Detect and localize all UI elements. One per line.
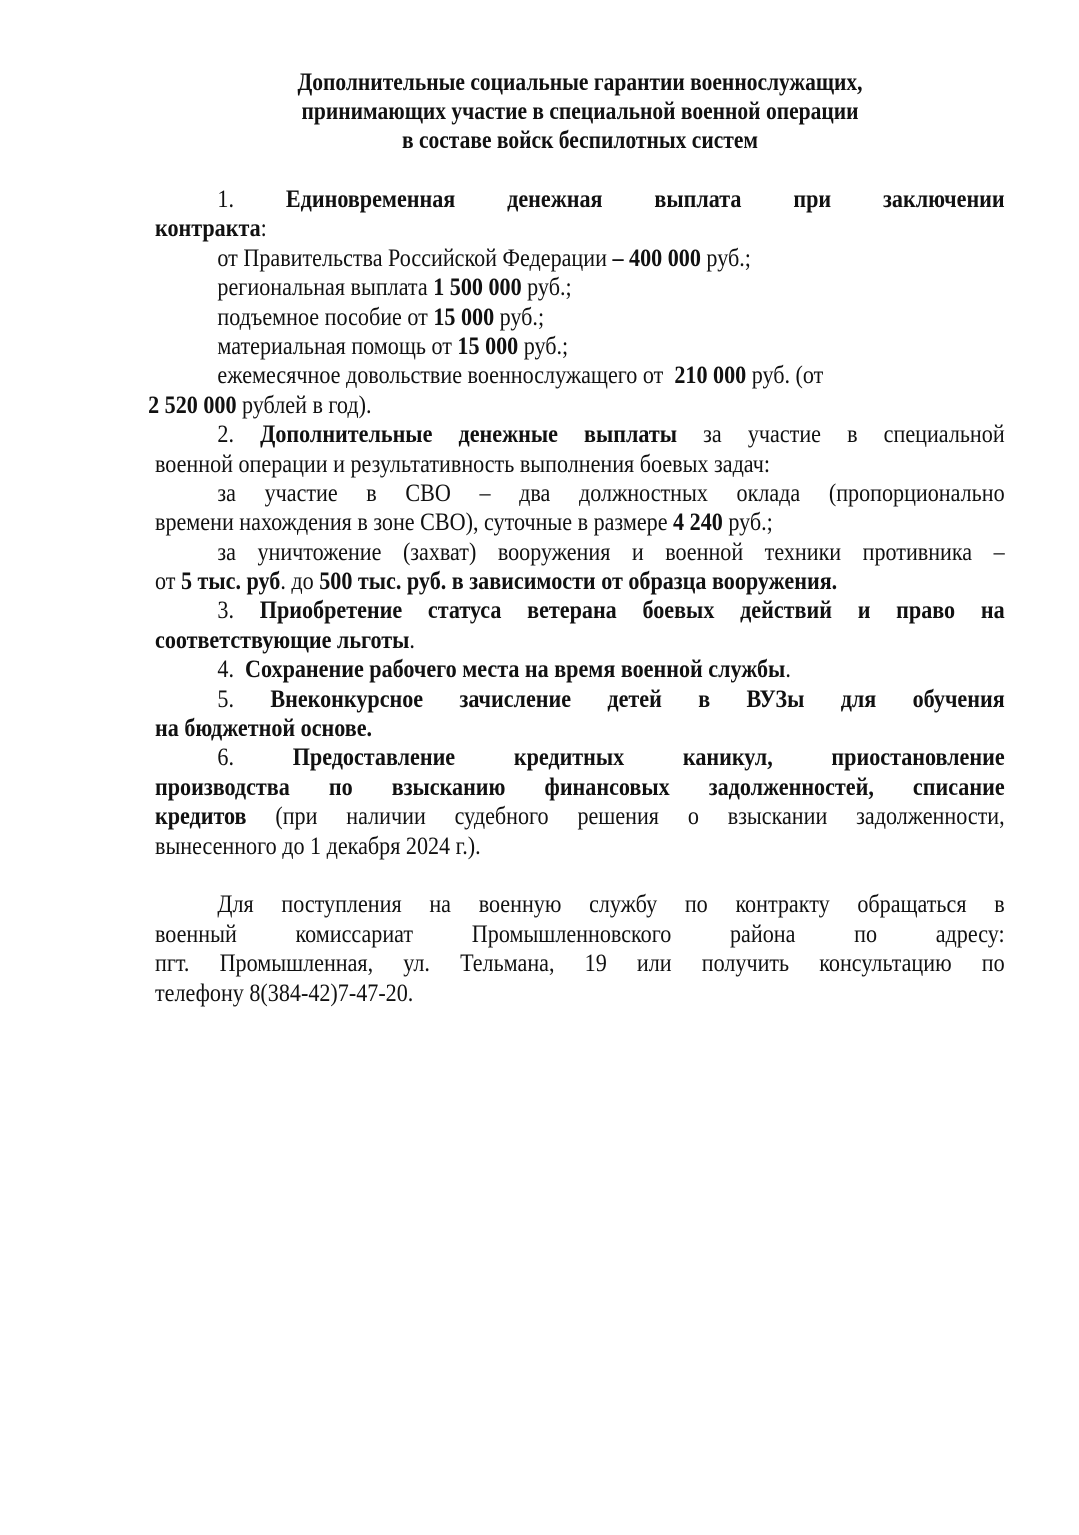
item-5-heading: 5. Внеконкурсное зачисление детей в ВУЗы…	[155, 684, 1005, 713]
item-3-heading: 3. Приобретение статуса ветерана боевых …	[155, 595, 1005, 624]
text: руб.;	[522, 272, 572, 301]
document-title: Дополнительные социальные гарантии военн…	[210, 68, 950, 155]
text: ежемесячное довольствие военнослужащего …	[217, 360, 674, 389]
contact-phone: телефону 8(384-42)7-47-20.	[155, 978, 1005, 1007]
item-6-line: вынесенного до 1 декабря 2024 г.).	[155, 831, 1005, 860]
item-1-sub: от Правительства Российской Федерации – …	[155, 243, 1005, 272]
contact-line: пгт. Промышленная, ул. Тельмана, 19 или …	[155, 948, 1005, 977]
item-1-sub: ежемесячное довольствие военнослужащего …	[155, 360, 1005, 389]
item-1-sub: подъемное пособие от 15 000 руб.;	[155, 302, 1005, 331]
item-number: 5.	[217, 684, 234, 713]
text: руб.;	[518, 331, 568, 360]
item-heading: контракта	[155, 213, 261, 242]
text: руб. (от	[746, 360, 823, 389]
amount: 5 тыс. руб	[181, 566, 280, 595]
item-heading: Предоставление кредитных каникул, приост…	[293, 742, 1005, 771]
text: материальная помощь от	[217, 331, 457, 360]
text: подъемное пособие от	[217, 302, 433, 331]
item-heading: Внеконкурсное зачисление детей в ВУЗы дл…	[270, 684, 1004, 713]
item-heading: Единовременная денежная выплата при закл…	[286, 184, 1005, 213]
amount: 2 520 000	[148, 390, 236, 419]
item-heading: кредитов	[155, 801, 246, 830]
document-body: 1. Единовременная денежная выплата при з…	[155, 184, 1005, 1007]
item-6-heading-cont: производства по взысканию финансовых зад…	[155, 772, 1005, 801]
item-4-heading: 4. Сохранение рабочего места на время во…	[155, 654, 1005, 683]
item-number: 6.	[217, 742, 234, 771]
item-2-sub-cont: времени нахождения в зоне СВО), суточные…	[155, 507, 1005, 536]
amount: – 400 000	[612, 243, 700, 272]
item-2-sub: за участие в СВО – два должностных оклад…	[155, 478, 1005, 507]
item-number: 1.	[217, 184, 234, 213]
item-2-line: военной операции и результативность выпо…	[155, 449, 1005, 478]
item-1-sub-cont: 2 520 000 рублей в год).	[148, 390, 1005, 419]
item-2-sub: за уничтожение (захват) вооружения и вое…	[155, 537, 1005, 566]
text: от	[155, 566, 181, 595]
text: от Правительства Российской Федерации	[217, 243, 612, 272]
amount: 4 240	[673, 507, 723, 536]
text: . до	[280, 566, 319, 595]
text: (при наличии судебного решения о взыскан…	[246, 801, 1004, 830]
item-heading: Приобретение статуса ветерана боевых дей…	[260, 595, 1005, 624]
amount: 15 000	[457, 331, 518, 360]
text: региональная выплата	[217, 272, 433, 301]
text: руб.;	[723, 507, 773, 536]
text: руб.;	[701, 243, 751, 272]
spacer	[155, 860, 1005, 889]
item-6-heading: 6. Предоставление кредитных каникул, при…	[155, 742, 1005, 771]
title-line: в составе войск беспилотных систем	[210, 126, 950, 155]
title-line: Дополнительные социальные гарантии военн…	[210, 68, 950, 97]
text: рублей в год).	[236, 390, 371, 419]
item-1-heading-cont: контракта:	[155, 213, 1005, 242]
item-2-sub-cont: от 5 тыс. руб. до 500 тыс. руб. в зависи…	[155, 566, 1005, 595]
item-6-line: кредитов (при наличии судебного решения …	[155, 801, 1005, 830]
contact-line: Для поступления на военную службу по кон…	[155, 889, 1005, 918]
item-2-heading: 2. Дополнительные денежные выплаты за уч…	[155, 419, 1005, 448]
item-1-sub: материальная помощь от 15 000 руб.;	[155, 331, 1005, 360]
punctuation: :	[261, 213, 267, 242]
title-line: принимающих участие в специальной военно…	[210, 97, 950, 126]
contact-line: военный комиссариат Промышленновского ра…	[155, 919, 1005, 948]
item-number: 4.	[217, 654, 234, 683]
item-heading: производства по взысканию финансовых зад…	[155, 772, 1005, 801]
text: времени нахождения в зоне СВО), суточные…	[155, 507, 673, 536]
amount: 15 000	[433, 302, 494, 331]
item-5-heading-cont: на бюджетной основе.	[155, 713, 1005, 742]
item-1-heading: 1. Единовременная денежная выплата при з…	[155, 184, 1005, 213]
text: руб.;	[494, 302, 544, 331]
item-1-sub: региональная выплата 1 500 000 руб.;	[155, 272, 1005, 301]
item-3-heading-cont: соответствующие льготы.	[155, 625, 1005, 654]
item-heading: соответствующие льготы	[155, 625, 409, 654]
punctuation: .	[409, 625, 415, 654]
amount: 210 000	[674, 360, 746, 389]
text: за участие в специальной	[677, 419, 1005, 448]
item-heading: Дополнительные денежные выплаты	[260, 419, 677, 448]
item-number: 3.	[217, 595, 234, 624]
item-number: 2.	[217, 419, 234, 448]
amount: 500 тыс. руб. в зависимости от образца в…	[319, 566, 837, 595]
document-page: Дополнительные социальные гарантии военн…	[0, 0, 1079, 1535]
amount: 1 500 000	[433, 272, 521, 301]
item-heading: на бюджетной основе.	[155, 713, 372, 742]
punctuation: .	[785, 654, 791, 683]
item-heading: Сохранение рабочего места на время военн…	[245, 654, 785, 683]
